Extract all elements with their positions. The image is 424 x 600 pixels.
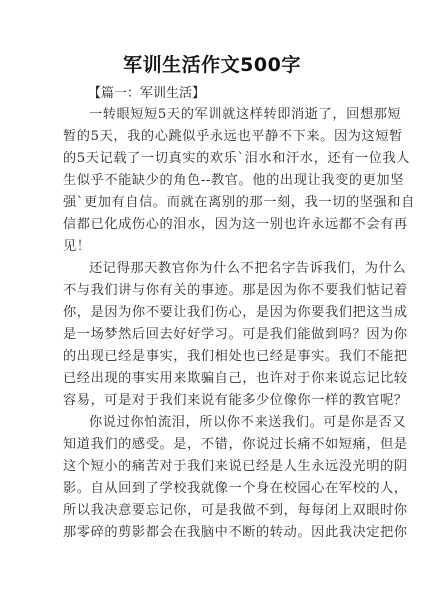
text-line: 那零碎的剪影都会在我脑中不断的转动。因此我决定把你 [63,522,363,544]
document-body: 一转眼短短5天的军训就这样转即消逝了，回想那短暂的5天，我的心跳似乎永远也平静不… [63,104,363,544]
text-line: 已经出现的事实用来欺骗自己，也许对于你来说忘记比较 [63,368,363,390]
text-line: 的出现已经是事实，我们相处也已经是事实。我们不能把 [63,346,363,368]
text-line: 强`更加有自信。而就在离别的那一刻，我一切的坚强和自 [63,192,363,214]
text-line: 容易，可是对于我们来说有能多少位像你一样的教官呢？ [63,390,363,412]
text-line: 知道我们的感受。是，不错，你说过长痛不如短痛，但是 [63,434,363,456]
text-line: 所以我决意要忘记你，可是我做不到，每每闭上双眼时你 [63,500,363,522]
text-line: 还记得那天教官你为什么不把名字告诉我们，为什么 [63,258,363,280]
text-line: 的5天记载了一切真实的欢乐`泪水和汗水，还有一位我人 [63,148,363,170]
text-line: 这个短小的痛苦对于我们来说已经是人生永远没光明的阴 [63,456,363,478]
text-line: 一转眼短短5天的军训就这样转即消逝了，回想那短 [63,104,363,126]
text-line: 不与我们讲与你有关的事迹。那是因为你不要我们惦记着 [63,280,363,302]
text-line: 见！ [63,236,363,258]
text-line: 你说过你怕流泪，所以你不来送我们。可是你是否又 [63,412,363,434]
text-line: 暂的5天，我的心跳似乎永远也平静不下来。因为这短暂 [63,126,363,148]
section-heading: 【篇一：军训生活】 [88,82,205,101]
text-line: 信都已化成伤心的泪水，因为这一别也许永远都不会有再 [63,214,363,236]
text-line: 你，是因为你不要让我们伤心，是因为你要我们把这当成 [63,302,363,324]
document-title: 军训生活作文500字 [0,50,424,77]
text-line: 生似乎不能缺少的角色--教官。他的出现让我变的更加坚 [63,170,363,192]
text-line: 是一场梦然后回去好好学习。可是我们能做到吗？因为你 [63,324,363,346]
text-line: 影。自从回到了学校我就像一个身在校园心在军校的人， [63,478,363,500]
document-page: 军训生活作文500字 【篇一：军训生活】 一转眼短短5天的军训就这样转即消逝了，… [0,0,424,600]
